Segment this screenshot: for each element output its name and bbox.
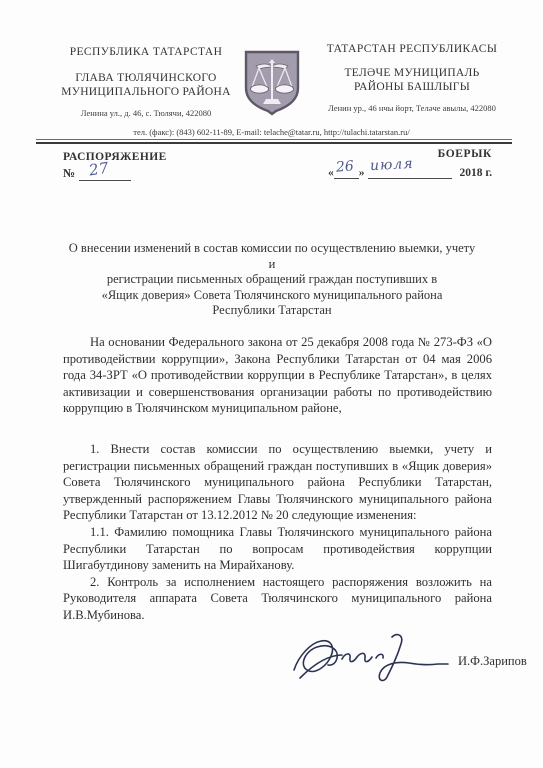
letterhead-divider — [36, 139, 512, 144]
item-1-1: 1.1. Фамилию помощника Главы Тюлячинског… — [63, 524, 492, 574]
scanned-document-page: РЕСПУБЛИКА ТАТАРСТАН ГЛАВА ТЮЛЯЧИНСКОГО … — [0, 0, 543, 768]
document-title: О внесении изменений в состав комиссии п… — [64, 241, 480, 319]
org-name-tt-line1: ТЕЛӘЧЕ МУНИЦИПАЛЬ — [301, 66, 523, 80]
handwritten-day: 26 — [335, 158, 354, 175]
close-quote: » — [359, 167, 365, 179]
org-address-ru: Ленина ул., д. 46, с. Тюлячи, 422080 — [46, 108, 246, 118]
doc-number-line: №27 — [63, 165, 167, 181]
coat-of-arms-scales-icon — [243, 49, 301, 116]
day-blank: 26 — [334, 163, 359, 179]
title-line-1: О внесении изменений в состав комиссии п… — [64, 241, 480, 272]
item-1: 1. Внести состав комиссии по осуществлен… — [63, 441, 492, 524]
doc-type-tt: БОЕРЫК — [328, 148, 514, 160]
preamble-paragraph: На основании Федерального закона от 25 д… — [63, 334, 492, 417]
number-blank: 27 — [79, 165, 131, 181]
handwritten-number: 27 — [88, 159, 110, 180]
doc-type-block-ru: РАСПОРЯЖЕНИЕ №27 — [63, 151, 167, 181]
contact-info-line: тел. (факс): (843) 602-11-89, E-mail: te… — [0, 127, 543, 137]
handwritten-month: июля — [369, 156, 413, 174]
title-line-4: Республики Татарстан — [64, 303, 480, 319]
doc-type-ru: РАСПОРЯЖЕНИЕ — [63, 151, 167, 163]
doc-date-line: « 26 » июля 2018 г. — [328, 163, 514, 179]
org-name-ru-line2: МУНИЦИПАЛЬНОГО РАЙОНА — [46, 85, 246, 99]
title-line-2: регистрации письменных обращений граждан… — [64, 272, 480, 288]
republic-name-tt: ТАТАРСТАН РЕСПУБЛИКАСЫ — [301, 43, 523, 55]
signature-block: И.Ф.Зарипов — [286, 628, 526, 698]
org-address-tt: Ленин ур., 46 нчы йорт, Теләче авылы, 42… — [301, 103, 523, 113]
number-sign: № — [63, 166, 75, 180]
title-line-3: «Ящик доверия» Совета Тюлячинского муниц… — [64, 288, 480, 304]
org-name-tt-line2: РАЙОНЫ БАШЛЫГЫ — [301, 80, 523, 94]
org-name-ru-line1: ГЛАВА ТЮЛЯЧИНСКОГО — [46, 71, 246, 85]
doc-year: 2018 г. — [460, 167, 493, 179]
doc-type-block-tt: БОЕРЫК « 26 » июля 2018 г. — [328, 148, 514, 179]
month-blank: июля — [368, 163, 452, 179]
letterhead-tatar: ТАТАРСТАН РЕСПУБЛИКАСЫ ТЕЛӘЧЕ МУНИЦИПАЛЬ… — [301, 43, 523, 113]
signatory-name: И.Ф.Зарипов — [458, 654, 527, 669]
republic-name-ru: РЕСПУБЛИКА ТАТАРСТАН — [46, 46, 246, 58]
resolution-items: 1. Внести состав комиссии по осуществлен… — [63, 441, 492, 624]
item-2: 2. Контроль за исполнением настоящего ра… — [63, 574, 492, 624]
letterhead-russian: РЕСПУБЛИКА ТАТАРСТАН ГЛАВА ТЮЛЯЧИНСКОГО … — [46, 46, 246, 118]
handwritten-signature-icon — [286, 628, 458, 699]
